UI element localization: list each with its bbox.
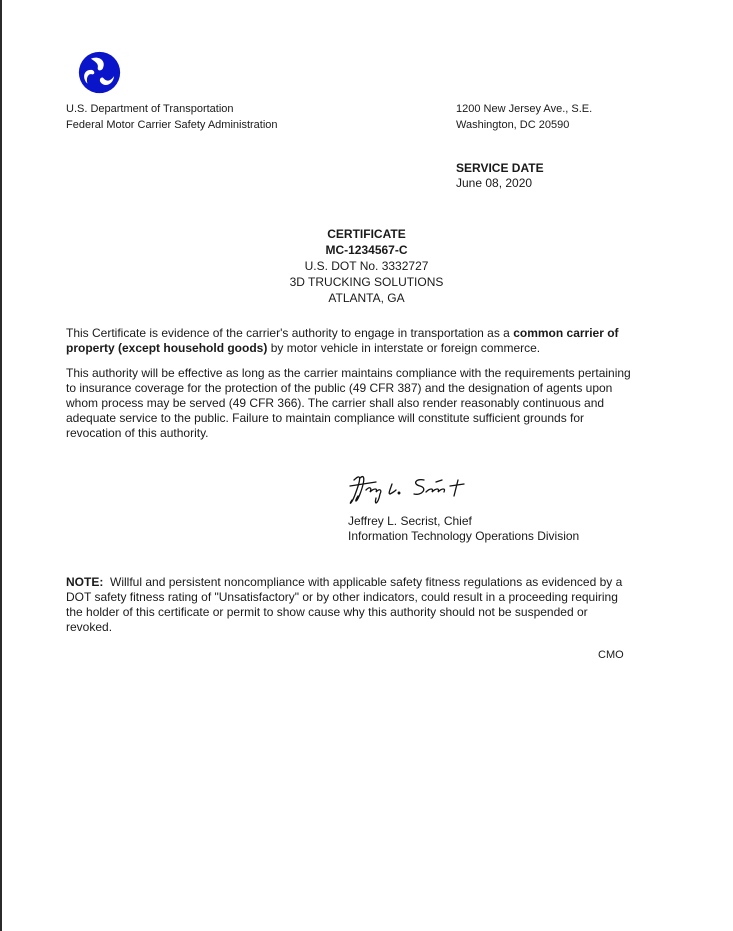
- note-label: NOTE:: [66, 575, 103, 589]
- page-left-border: [0, 0, 2, 931]
- certificate-heading: CERTIFICATE MC-1234567-C U.S. DOT No. 33…: [0, 226, 733, 306]
- service-date-block: SERVICE DATE June 08, 2020: [456, 161, 544, 191]
- address-city: Washington, DC 20590: [456, 117, 592, 133]
- authority-paragraph: This Certificate is evidence of the carr…: [66, 326, 636, 356]
- handwritten-signature-icon: [346, 470, 476, 510]
- note-text: Willful and persistent noncompliance wit…: [66, 575, 626, 634]
- note-paragraph: NOTE: Willful and persistent noncomplian…: [66, 575, 631, 635]
- signer-block: Jeffrey L. Secrist, Chief Information Te…: [348, 514, 579, 544]
- agency-name: U.S. Department of Transportation: [66, 101, 278, 117]
- agency-block: U.S. Department of Transportation Federa…: [66, 101, 278, 133]
- dot-number: U.S. DOT No. 3332727: [0, 258, 733, 274]
- signer-name: Jeffrey L. Secrist, Chief: [348, 514, 579, 529]
- compliance-paragraph: This authority will be effective as long…: [66, 366, 636, 441]
- administration-name: Federal Motor Carrier Safety Administrat…: [66, 117, 278, 133]
- authority-text-end: by motor vehicle in interstate or foreig…: [267, 341, 540, 355]
- footer-code: CMO: [598, 649, 624, 661]
- authority-text: This Certificate is evidence of the carr…: [66, 326, 513, 340]
- service-date-value: June 08, 2020: [456, 176, 544, 191]
- address-street: 1200 New Jersey Ave., S.E.: [456, 101, 592, 117]
- address-block: 1200 New Jersey Ave., S.E. Washington, D…: [456, 101, 592, 133]
- certificate-number: MC-1234567-C: [0, 242, 733, 258]
- carrier-name: 3D TRUCKING SOLUTIONS: [0, 274, 733, 290]
- carrier-location: ATLANTA, GA: [0, 290, 733, 306]
- certificate-title: CERTIFICATE: [0, 226, 733, 242]
- dot-triskelion-logo-icon: [78, 51, 121, 94]
- service-date-label: SERVICE DATE: [456, 161, 544, 176]
- signer-division: Information Technology Operations Divisi…: [348, 529, 579, 544]
